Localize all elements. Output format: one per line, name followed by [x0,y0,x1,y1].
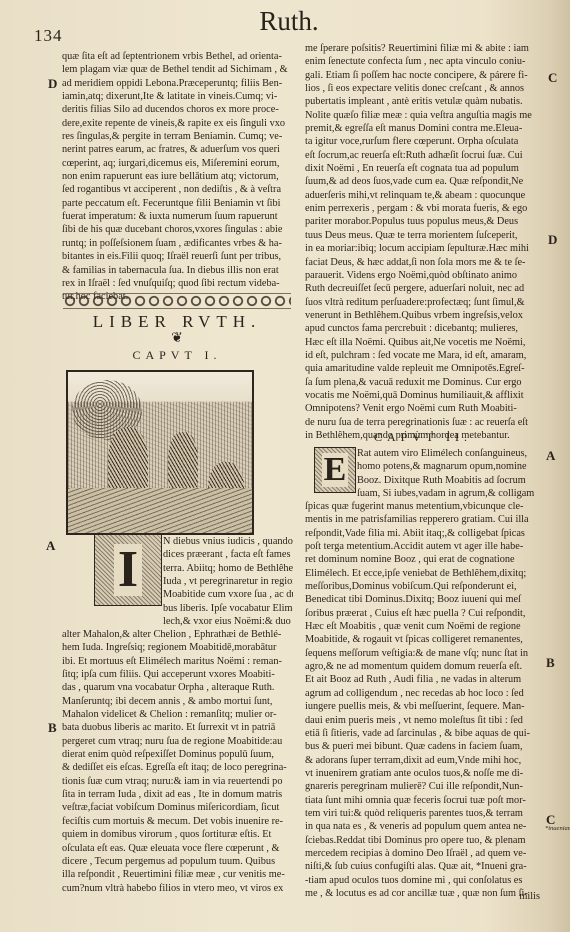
seated-figure [108,427,148,497]
text-line: in qua nata es , & veneris ad populum qu… [305,820,541,833]
text-line: illa reſpondit , Reuertimini filiæ meæ ,… [62,868,292,881]
text-line: oſculata eſt eas. Quæ eleuata voce flere… [62,842,292,855]
text-line: non enim rapuerunt eas iure bellātium at… [62,170,292,183]
text-line: aduerſeris mihi,vt relinquam te,& abeam … [305,189,541,202]
catchword: milis [510,890,540,903]
text-line: Hæc eſt illa Noëmi. Quibus ait,Ne voceti… [305,336,541,349]
text-line: venerunt in Bethlêhem.Quibus vrbem ingre… [305,309,541,322]
text-line: ſciebas.Reddat tibi Dominus pro opere tu… [305,834,541,847]
book-title: LIBER RVTH. [63,312,291,332]
text-line: Manſeruntq; ibi decem annis , & ambo mor… [62,695,292,708]
text-line: enim perrexeris , pergam : & vbi morata … [305,202,541,215]
text-line: alter Mahalon,& alter Chelion , Ephrathæ… [62,628,292,641]
text-line: ſuum,& ad deos ſuos,vade cum ea. Quæ reſ… [305,175,541,188]
text-line: N diebus vnius iudicis , quando iu- [163,535,293,548]
text-line: ſuam, Si iubes,vadam in agrum,& colligam [357,487,541,500]
text-line: homo potens,& magnarum opum,nomine [357,460,541,473]
marginal-note: *inueniam [545,825,570,832]
text-line: bus liberis. Ipſe vocabatur Elimé- [163,602,293,615]
margin-letter-a-right: A [546,448,555,464]
text-line: Moabitide, & rogauit vt ſpicas colligere… [305,633,541,646]
ornamental-border [63,293,291,309]
text-line: Nolite quæſo filiæ meæ : quia veſtra ang… [305,109,541,122]
text-line: cum?num vltrà habebo filios in vtero meo… [62,882,292,895]
text-line: reſpondit,Vade filia mi. Abiit itaq;,& c… [305,527,541,540]
text-line: quiem in domibus virorum , quos ſortitur… [62,828,292,841]
text-line: vocatis me Noëmi,quā Dominus humiliauit,… [305,389,541,402]
text-line: niſti,& ſub cuius confugiſti alas. Quæ a… [305,860,541,873]
text-line: me ſperare poſsitis? Reuertimini filiæ m… [305,42,541,55]
text-line: Rat autem viro Elimélech conſanguineus, [357,447,541,460]
text-line: cœperint, aq; iurgari,dicemus eis, Miſer… [62,157,292,170]
text-line: daui enim pueris meis , vt nemo moleſtus… [305,714,541,727]
right-initial-text: Rat autem viro Elimélech conſanguineus,h… [357,447,541,500]
text-line: bitantes in eis.Filii quoq; Iſraël reuer… [62,250,292,263]
running-head-text: Ruth. [259,6,318,36]
text-line: ſitq; ipſa cum filiis. Qui acceperunt vx… [62,668,292,681]
text-line: faciat Deus, & hæc addat,ſi non ſola mor… [305,256,541,269]
text-line: ſpicas quæ fugerint manus metentium,vbic… [305,500,541,513]
running-head: Ruth. [0,6,570,37]
text-line: ad meridiem oppidi Lebona.Præceperuntq; … [62,77,292,90]
text-line: Mahalon videlicet & Chelion : remanſitq;… [62,708,292,721]
left-initial-text: N diebus vnius iudicis , quando iu-dices… [163,535,293,628]
text-line: lech,& vxor eius Noëmi:& duo filii, [163,615,293,628]
text-line: tem viri tui:& quòd reliqueris parentes … [305,807,541,820]
text-line: bus & pueri mei bibunt. Quæ cadens in fa… [305,740,541,753]
text-line: res ſingulas,& pergite in terram Beniami… [62,130,292,143]
ground [68,488,252,533]
text-line: poſt terga metentium.Accidit autem vt ag… [305,540,541,553]
text-line: bata duobus liberis ac marito. Et ſurrex… [62,721,292,734]
margin-letter-a: A [46,538,55,554]
text-line: vt inuenirem gratiam ante oculos tuos,& … [305,767,541,780]
text-line: dierat enim quòd reſpexiſſet Dominus pop… [62,748,292,761]
drop-initial-letter-e: E [322,453,349,487]
left-column-top: quæ ſita eſt ad ſeptentrionem vrbis Beth… [62,50,292,304]
text-line: pariter morabor.Populus tuus populus meu… [305,215,541,228]
text-line: veſtræ,faciat vobiſcum Dominus miſericor… [62,801,292,814]
right-column-top: me ſperare poſsitis? Reuertimini filiæ m… [305,42,541,442]
text-line: Booz. Dixitque Ruth Moabitis ad ſocrum [357,474,541,487]
text-line: tionis ſuæ cum vtraq; nuru:& iam in via … [62,775,292,788]
text-line: ſa ſum plena,& vacuā reduxit me Dominus.… [305,376,541,389]
text-line: pubertatis impleant , antè eritis vetulæ… [305,95,541,108]
right-column-body: ſpicas quæ fugerint manus metentium,vbic… [305,500,541,900]
text-line: agrum ad colligendum , nec recedas ab ho… [305,687,541,700]
text-line: Iuda , vt peregrinaretur in regione [163,575,293,588]
text-line: Ruth decreuiſſet ſecū pergere, aduerſari… [305,282,541,295]
text-line: enim ſenectute confecta ſum , nec apta v… [305,55,541,68]
text-line: dixit Noëmi , En reuerſa eſt cognata tua… [305,162,541,175]
text-line: ta igitur voce,rurſum flere cœperunt. Or… [305,135,541,148]
text-line: agro,& ne ad momentum quidem domum reuer… [305,660,541,673]
text-line: ſibi de his quæ ducebant choros,vxores ſ… [62,223,292,236]
text-line: terra. Abiitq; homo de Bethlêhem [163,562,293,575]
text-line: Moabitide cum vxore ſua , ac duo- [163,588,293,601]
text-line: me , & locutus es ad cor ancillæ tuæ , q… [305,887,541,900]
text-line: & adorans ſuper terram,dixit ad eum,Vnde… [305,754,541,767]
text-line: gali. Etiam ſi poſſem hac nocte conciper… [305,69,541,82]
text-line: gnareris peregrinam mulierē? Cui ille re… [305,780,541,793]
text-line: dices præerant , facta eſt fames in [163,548,293,561]
text-line: tiata ſunt mihi omnia quæ feceris ſocrui… [305,794,541,807]
text-line: dicere , Tecum pergemus ad populum tuum.… [62,855,292,868]
text-line: ret dominum nomine Booz , qui erat de co… [305,553,541,566]
text-line: etiā ſi ſitieris, vade ad ſarcinulas , &… [305,727,541,740]
left-column-body: alter Mahalon,& alter Chelion , Ephrathæ… [62,628,292,895]
text-line: de nuru ſua de terra peregrinationis ſuæ… [305,416,541,429]
text-line: fuerat imperatum: & iuxta numerum ſuum r… [62,210,292,223]
margin-letter-c: C [548,70,557,86]
text-line: mercedem recipias à domino Deo Iſraël , … [305,847,541,860]
text-line: nerint patres earum, ac fratres, & aduer… [62,143,292,156]
text-line: ſuos vltrà reditum perſuadere:profectæq;… [305,296,541,309]
text-line: das , quarum vna vocabatur Orpha , alter… [62,681,292,694]
text-line: Hæc eſt Moabitis , quæ venit cum Noëmi d… [305,620,541,633]
text-line: Elimélech. Et ecce,ipſe veniebat de Beth… [305,567,541,580]
fleuron-icon: ❦ [63,330,291,347]
text-line: parte peccatum eſt. Feceruntque filii Be… [62,197,292,210]
text-line: deritis filias Silo ad ducendos choros e… [62,103,292,116]
text-line: tuus Deus meus. Quæ te terra morientem ſ… [305,229,541,242]
text-line: pergeret cum vtraq; nuru ſua de regione … [62,735,292,748]
text-line: dere,exite repente de vineis,& rapite ex… [62,117,292,130]
text-line: premit,& egreſſa eſt manus Domini contra… [305,122,541,135]
text-line: iamin,atq; dixerunt,Ite & latitate in vi… [62,90,292,103]
margin-letter-d: D [48,76,57,92]
text-line: eſt ſocrum,ac reuerſa eſt:Ruth adhæſit ſ… [305,149,541,162]
text-line: lem plagam viæ quæ de Bethel tendit ad S… [62,63,292,76]
text-line: runtq; in poſſeſsionem ſuam , ædificante… [62,237,292,250]
text-line: hem Iuda. Ingreſsiq; regionem Moabitidē,… [62,641,292,654]
margin-letter-b-right: B [546,655,555,671]
text-line: feciſtis cum mortuis & mecum. Det vobis … [62,815,292,828]
text-line: & familias in tabernacula ſua. In diebus… [62,264,292,277]
text-line: meſſoribus,Dominus vobiſcum.Qui reſponde… [305,580,541,593]
drop-initial-e: E [314,447,356,493]
text-line: ſoribus præerat , Cuius eſt hæc puella ?… [305,607,541,620]
woodcut-illustration [66,370,254,535]
text-line: -tiam apud oculos tuos domine mi , qui c… [305,874,541,887]
reaper-figure [168,432,198,492]
margin-letter-d-right: D [548,232,557,248]
text-line: in ea moriar:ibiq; locum accipiam ſepult… [305,242,541,255]
text-line: mentis in me patrisfamilias repperero gr… [305,513,541,526]
text-line: ſita in terram Iuda , dixit ad eas , Ite… [62,788,292,801]
chapter-heading-1: CAPVT I. [63,348,291,363]
text-line: rex in Iſraël : ſed vnuſquiſq; quod ſibi… [62,277,292,290]
drop-initial-i: I [94,534,162,606]
drop-initial-letter: I [114,544,142,596]
text-line: ſed rogantibus vt acciperent , non dediſ… [62,183,292,196]
text-line: quæ ſita eſt ad ſeptentrionem vrbis Beth… [62,50,292,63]
text-line: lios , ſi eos expectare velitis donec cr… [305,82,541,95]
text-line: quia amaritudine valde repleuit me Omnip… [305,362,541,375]
text-line: Omnipotens? Venit ergo Noëmi cum Ruth Mo… [305,402,541,415]
text-line: & dediſſet eis eſcas. Egreſſa eſt itaq; … [62,761,292,774]
chapter-heading-2: CAPVT II. [305,430,541,445]
text-line: parauerit. Videns ergo Noëmi,quòd obſtin… [305,269,541,282]
text-line: Et ait Booz ad Ruth , Audi filia , ne va… [305,673,541,686]
text-line: id eſt, pulchram : ſed vocate me Mara, i… [305,349,541,362]
text-line: ibi. Et mortuus eſt Elimélech maritus No… [62,655,292,668]
text-line: ſequens meſſorum veſtigia:& de mane vſq;… [305,647,541,660]
margin-letter-b: B [48,720,57,736]
text-line: apud cunctos fama percrebuit : dicebantq… [305,322,541,335]
text-line: iungere puellis meis, & vbi meſſuerint, … [305,700,541,713]
text-line: Benedicat tibi Dominus.Dixitq; Booz iuue… [305,593,541,606]
